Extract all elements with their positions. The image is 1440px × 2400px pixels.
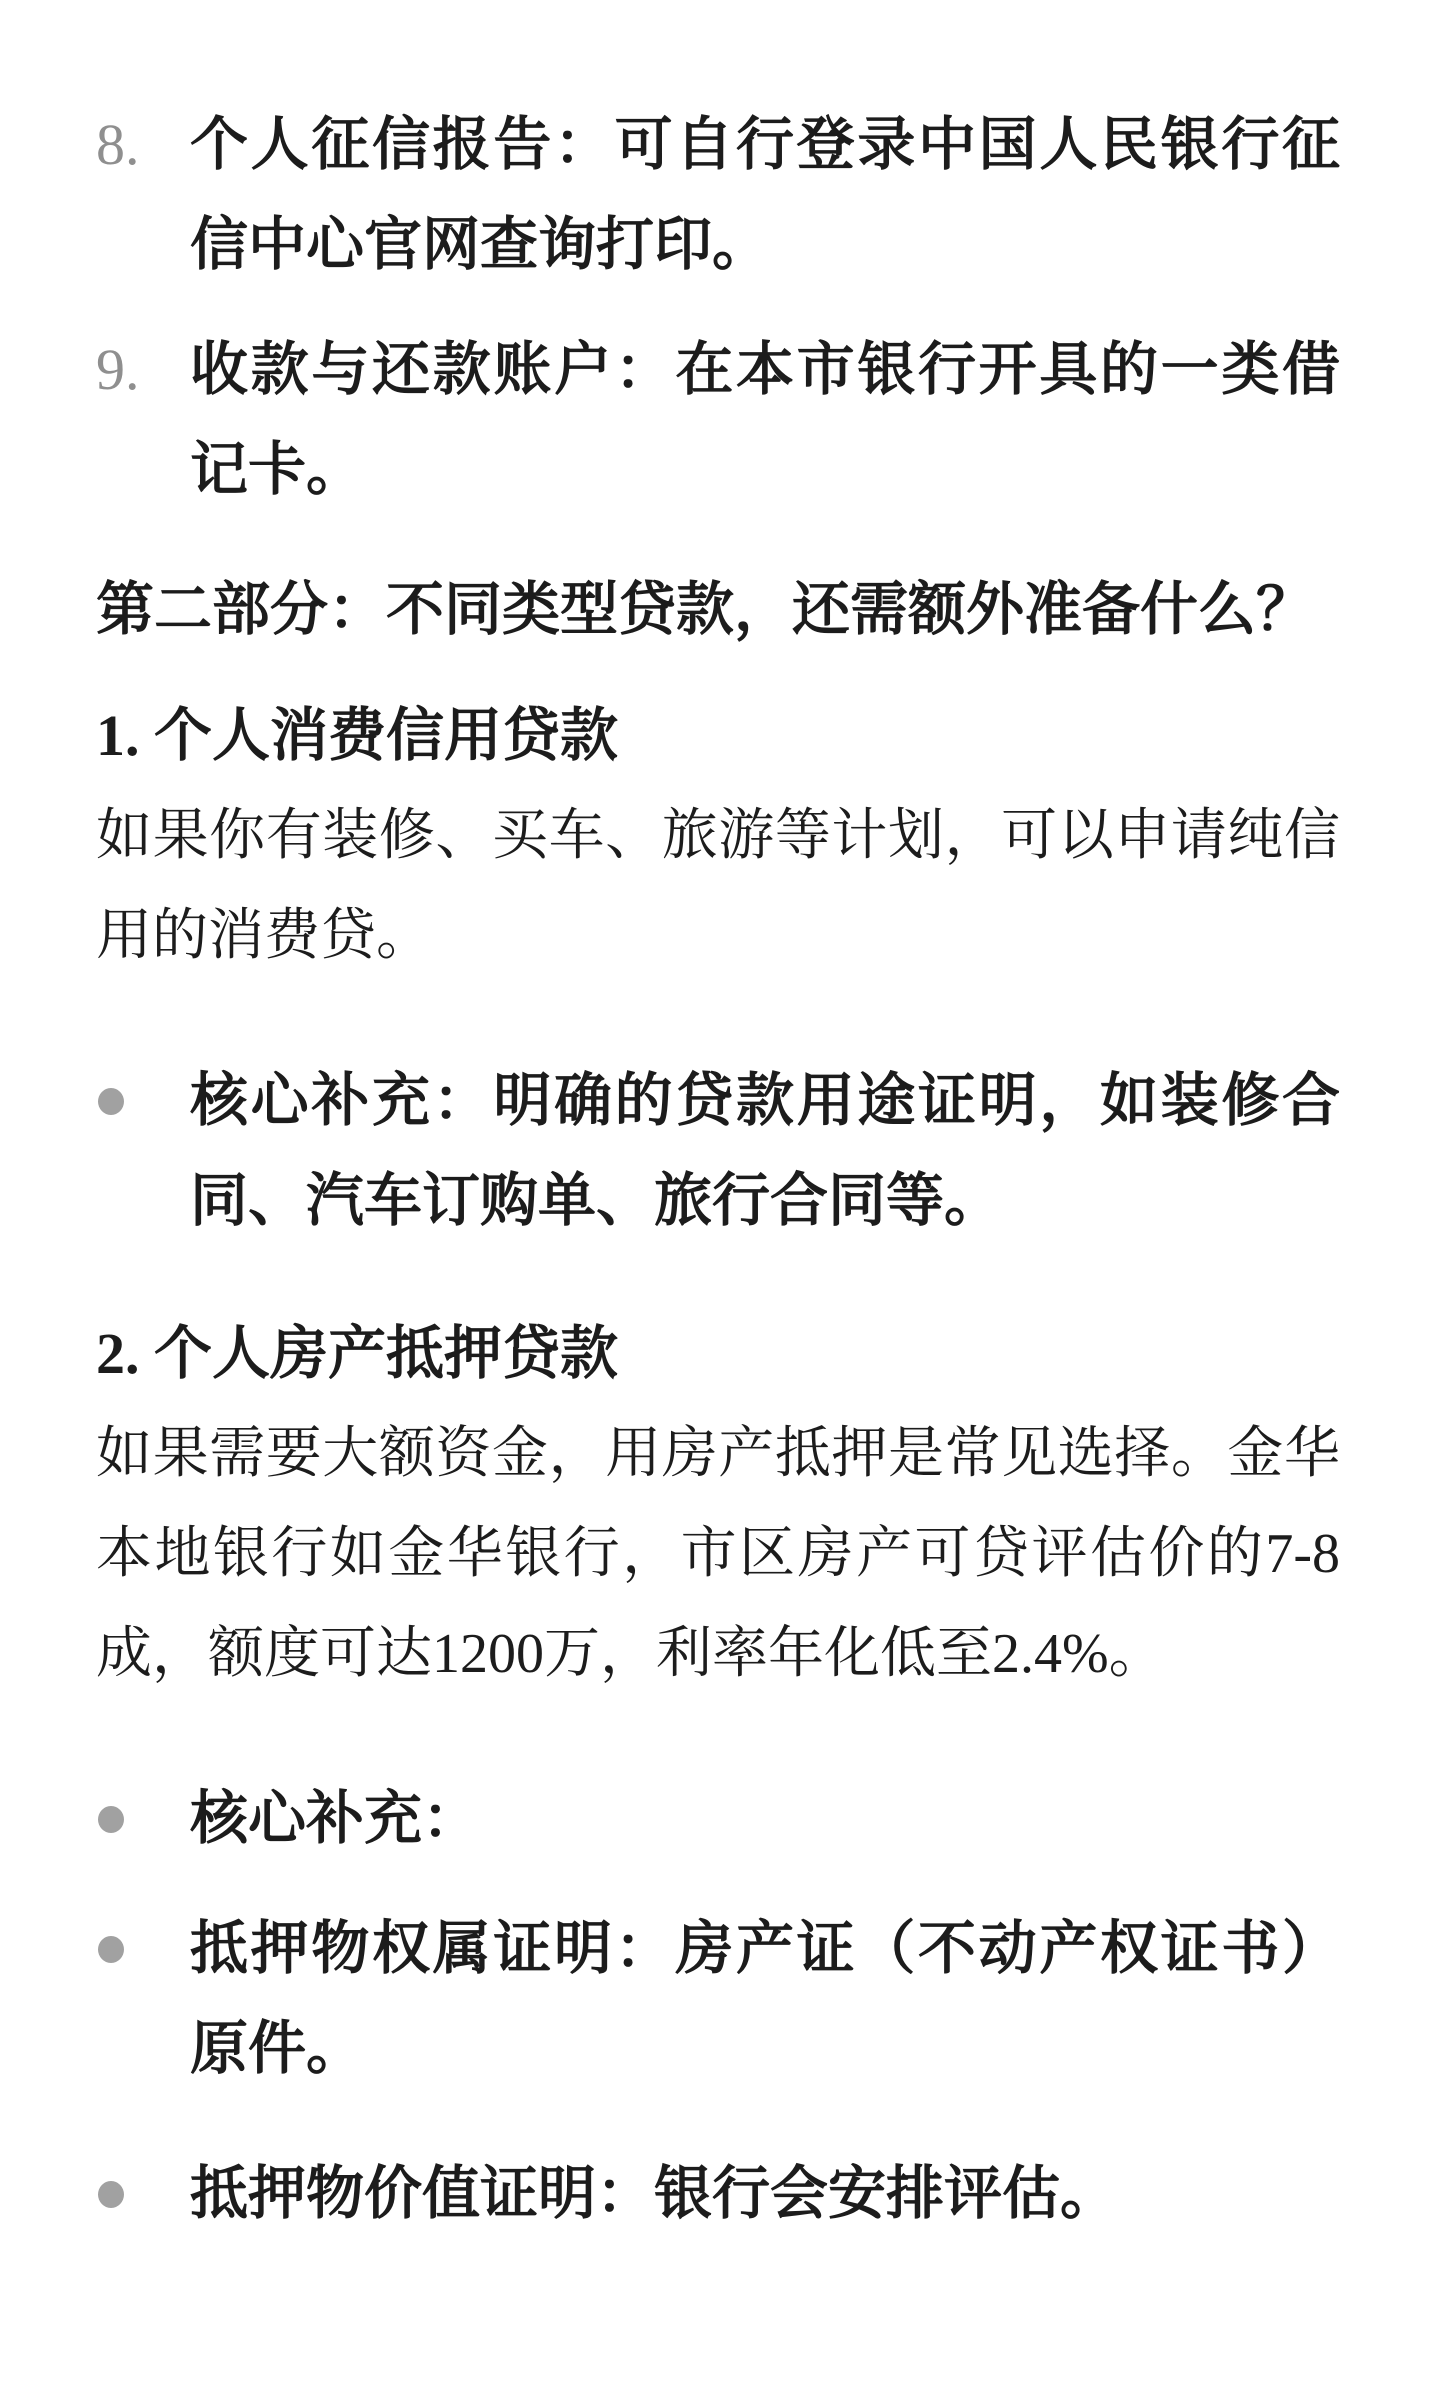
bullet-dot-icon	[98, 1936, 124, 1963]
bullet-item: 抵押物价值证明：银行会安排评估。	[96, 2144, 1340, 2244]
bullet-item: 抵押物权属证明：房产证（不动产权证书）原件。	[96, 1899, 1340, 2099]
bullet-dot-icon	[98, 1088, 124, 1115]
bullet-dot-icon	[98, 1806, 124, 1833]
list-number: 8.	[96, 95, 140, 195]
section-heading: 第二部分：不同类型贷款，还需额外准备什么？	[96, 560, 1340, 660]
list-item-text: 收款与还款账户：在本市银行开具的一类借记卡。	[190, 337, 1340, 502]
bullet-dot-icon	[98, 2181, 124, 2208]
loan1-body: 如果你有装修、买车、旅游等计划，可以申请纯信用的消费贷。	[96, 786, 1340, 986]
loan2-title: 2. 个人房产抵押贷款	[96, 1304, 1340, 1404]
numbered-item-8: 8. 个人征信报告：可自行登录中国人民银行征信中心官网查询打印。	[96, 95, 1340, 295]
loan2-body: 如果需要大额资金，用房产抵押是常见选择。金华本地银行如金华银行，市区房产可贷评估…	[96, 1404, 1340, 1704]
list-item-text: 个人征信报告：可自行登录中国人民银行征信中心官网查询打印。	[190, 112, 1340, 277]
list-number: 9.	[96, 320, 140, 420]
loan1-title: 1. 个人消费信用贷款	[96, 686, 1340, 786]
bullet-text: 核心补充：明确的贷款用途证明，如装修合同、汽车订购单、旅行合同等。	[190, 1068, 1340, 1233]
bullet-text: 抵押物权属证明：房产证（不动产权证书）原件。	[190, 1916, 1340, 2081]
bullet-item: 核心补充：	[96, 1769, 1340, 1869]
loan1-block: 1. 个人消费信用贷款 如果你有装修、买车、旅游等计划，可以申请纯信用的消费贷。	[96, 686, 1340, 986]
loan2-block: 2. 个人房产抵押贷款 如果需要大额资金，用房产抵押是常见选择。金华本地银行如金…	[96, 1304, 1340, 1704]
article-page: 8. 个人征信报告：可自行登录中国人民银行征信中心官网查询打印。 9. 收款与还…	[0, 0, 1440, 2400]
bullet-text: 抵押物价值证明：银行会安排评估。	[190, 2161, 1118, 2226]
bullet-item: 核心补充：明确的贷款用途证明，如装修合同、汽车订购单、旅行合同等。	[96, 1051, 1340, 1251]
bullet-text: 核心补充：	[190, 1786, 480, 1851]
numbered-item-9: 9. 收款与还款账户：在本市银行开具的一类借记卡。	[96, 320, 1340, 520]
